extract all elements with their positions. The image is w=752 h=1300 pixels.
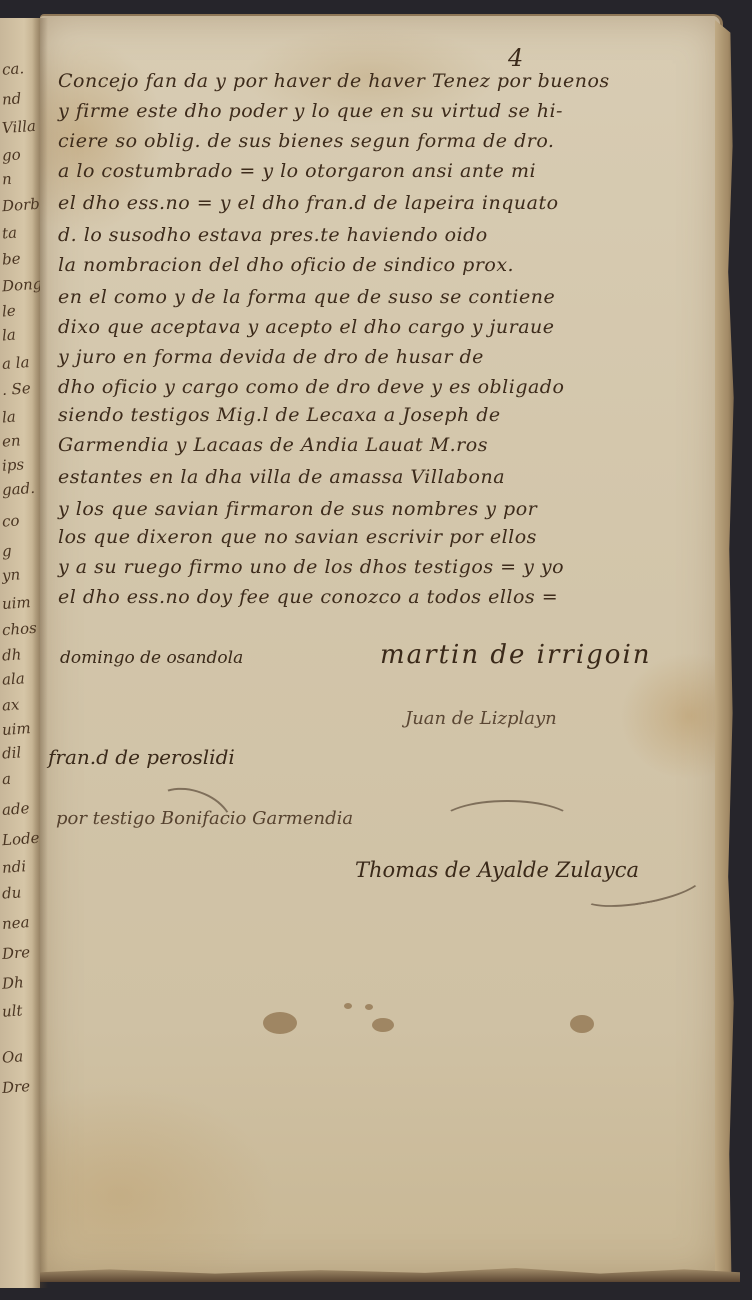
text-line: y a su ruego firmo uno de los dhos testi… — [58, 556, 718, 578]
margin-fragment: du — [1, 883, 21, 902]
text-line: a lo costumbrado = y lo otorgaron ansi a… — [58, 160, 718, 182]
text-line: y los que savian firmaron de sus nombres… — [58, 498, 718, 520]
ink-stain — [344, 1003, 352, 1009]
signature-domingo: domingo de osandola — [60, 648, 243, 668]
text-line: Concejo fan da y por haver de haver Tene… — [58, 70, 718, 92]
text-line: el dho ess.no doy fee que conozco a todo… — [58, 586, 718, 608]
text-line: dixo que aceptava y acepto el dho cargo … — [58, 316, 718, 338]
margin-fragment: Dre — [1, 943, 30, 963]
margin-fragment: uim — [1, 719, 31, 739]
ink-stain — [570, 1015, 594, 1033]
margin-fragment: dil — [1, 743, 21, 762]
margin-fragment: . Se — [1, 379, 31, 399]
margin-fragment: la — [1, 408, 16, 427]
margin-fragment: yn — [1, 565, 20, 584]
margin-fragment: Oa — [1, 1047, 23, 1066]
text-line: ciere so oblig. de sus bienes segun form… — [58, 130, 718, 152]
margin-fragment: ax — [1, 695, 20, 714]
ink-stain — [263, 1012, 297, 1034]
text-line: estantes en la dha villa de amassa Villa… — [58, 466, 718, 488]
margin-fragment: en — [1, 431, 21, 450]
margin-fragment: a la — [1, 353, 30, 373]
text-line: Garmendia y Lacaas de Andia Lauat M.ros — [58, 434, 718, 456]
margin-fragment: dh — [1, 645, 21, 664]
margin-fragment: ta — [1, 223, 17, 242]
margin-fragment: nea — [1, 913, 30, 933]
margin-fragment: n — [1, 170, 12, 189]
text-line: siendo testigos Mig.l de Lecaxa a Joseph… — [58, 404, 718, 426]
margin-fragment: ade — [1, 799, 30, 819]
margin-fragment: la — [1, 326, 16, 345]
text-line: los que dixeron que no savian escrivir p… — [58, 526, 718, 548]
text-line: y juro en forma devida de dro de husar d… — [58, 346, 718, 368]
folio-number: 4 — [508, 44, 523, 72]
margin-fragment: go — [1, 145, 21, 164]
margin-fragment: Dre — [1, 1077, 30, 1097]
signature-thomas: Thomas de Ayalde Zulayca — [355, 858, 639, 882]
margin-fragment: Dh — [1, 973, 24, 992]
signature-flourish — [440, 800, 574, 844]
margin-fragment: ca. — [1, 59, 24, 78]
text-line: dho oficio y cargo como de dro deve y es… — [58, 376, 718, 398]
ink-stain — [365, 1004, 373, 1010]
margin-fragment: uim — [1, 593, 31, 613]
margin-fragment: co — [1, 511, 20, 530]
text-line: en el como y de la forma que de suso se … — [58, 286, 718, 308]
margin-fragment: g — [1, 542, 12, 561]
margin-fragment: nd — [1, 89, 21, 108]
text-line: la nombracion del dho oficio de sindico … — [58, 254, 718, 276]
margin-fragment: a — [1, 770, 11, 789]
margin-fragment: ips — [1, 455, 24, 474]
text-line: d. lo susodho estava pres.te haviendo oi… — [58, 224, 718, 246]
margin-fragment: gad. — [1, 479, 35, 499]
text-line: el dho ess.no = y el dho fran.d de lapei… — [58, 192, 718, 214]
ink-stain — [372, 1018, 394, 1032]
margin-fragment: ult — [1, 1001, 23, 1020]
gutter-shadow — [32, 18, 48, 1288]
margin-fragment: ala — [1, 669, 25, 689]
signature-francisco: fran.d de peroslidi — [48, 745, 235, 769]
signature-juan: Juan de Lizplayn — [405, 708, 557, 729]
signature-martin: martin de irrigoin — [380, 640, 652, 670]
text-line: y firme este dho poder y lo que en su vi… — [58, 100, 718, 122]
margin-fragment: ndi — [1, 857, 26, 877]
margin-fragment: le — [1, 302, 16, 321]
margin-fragment: be — [1, 249, 21, 268]
